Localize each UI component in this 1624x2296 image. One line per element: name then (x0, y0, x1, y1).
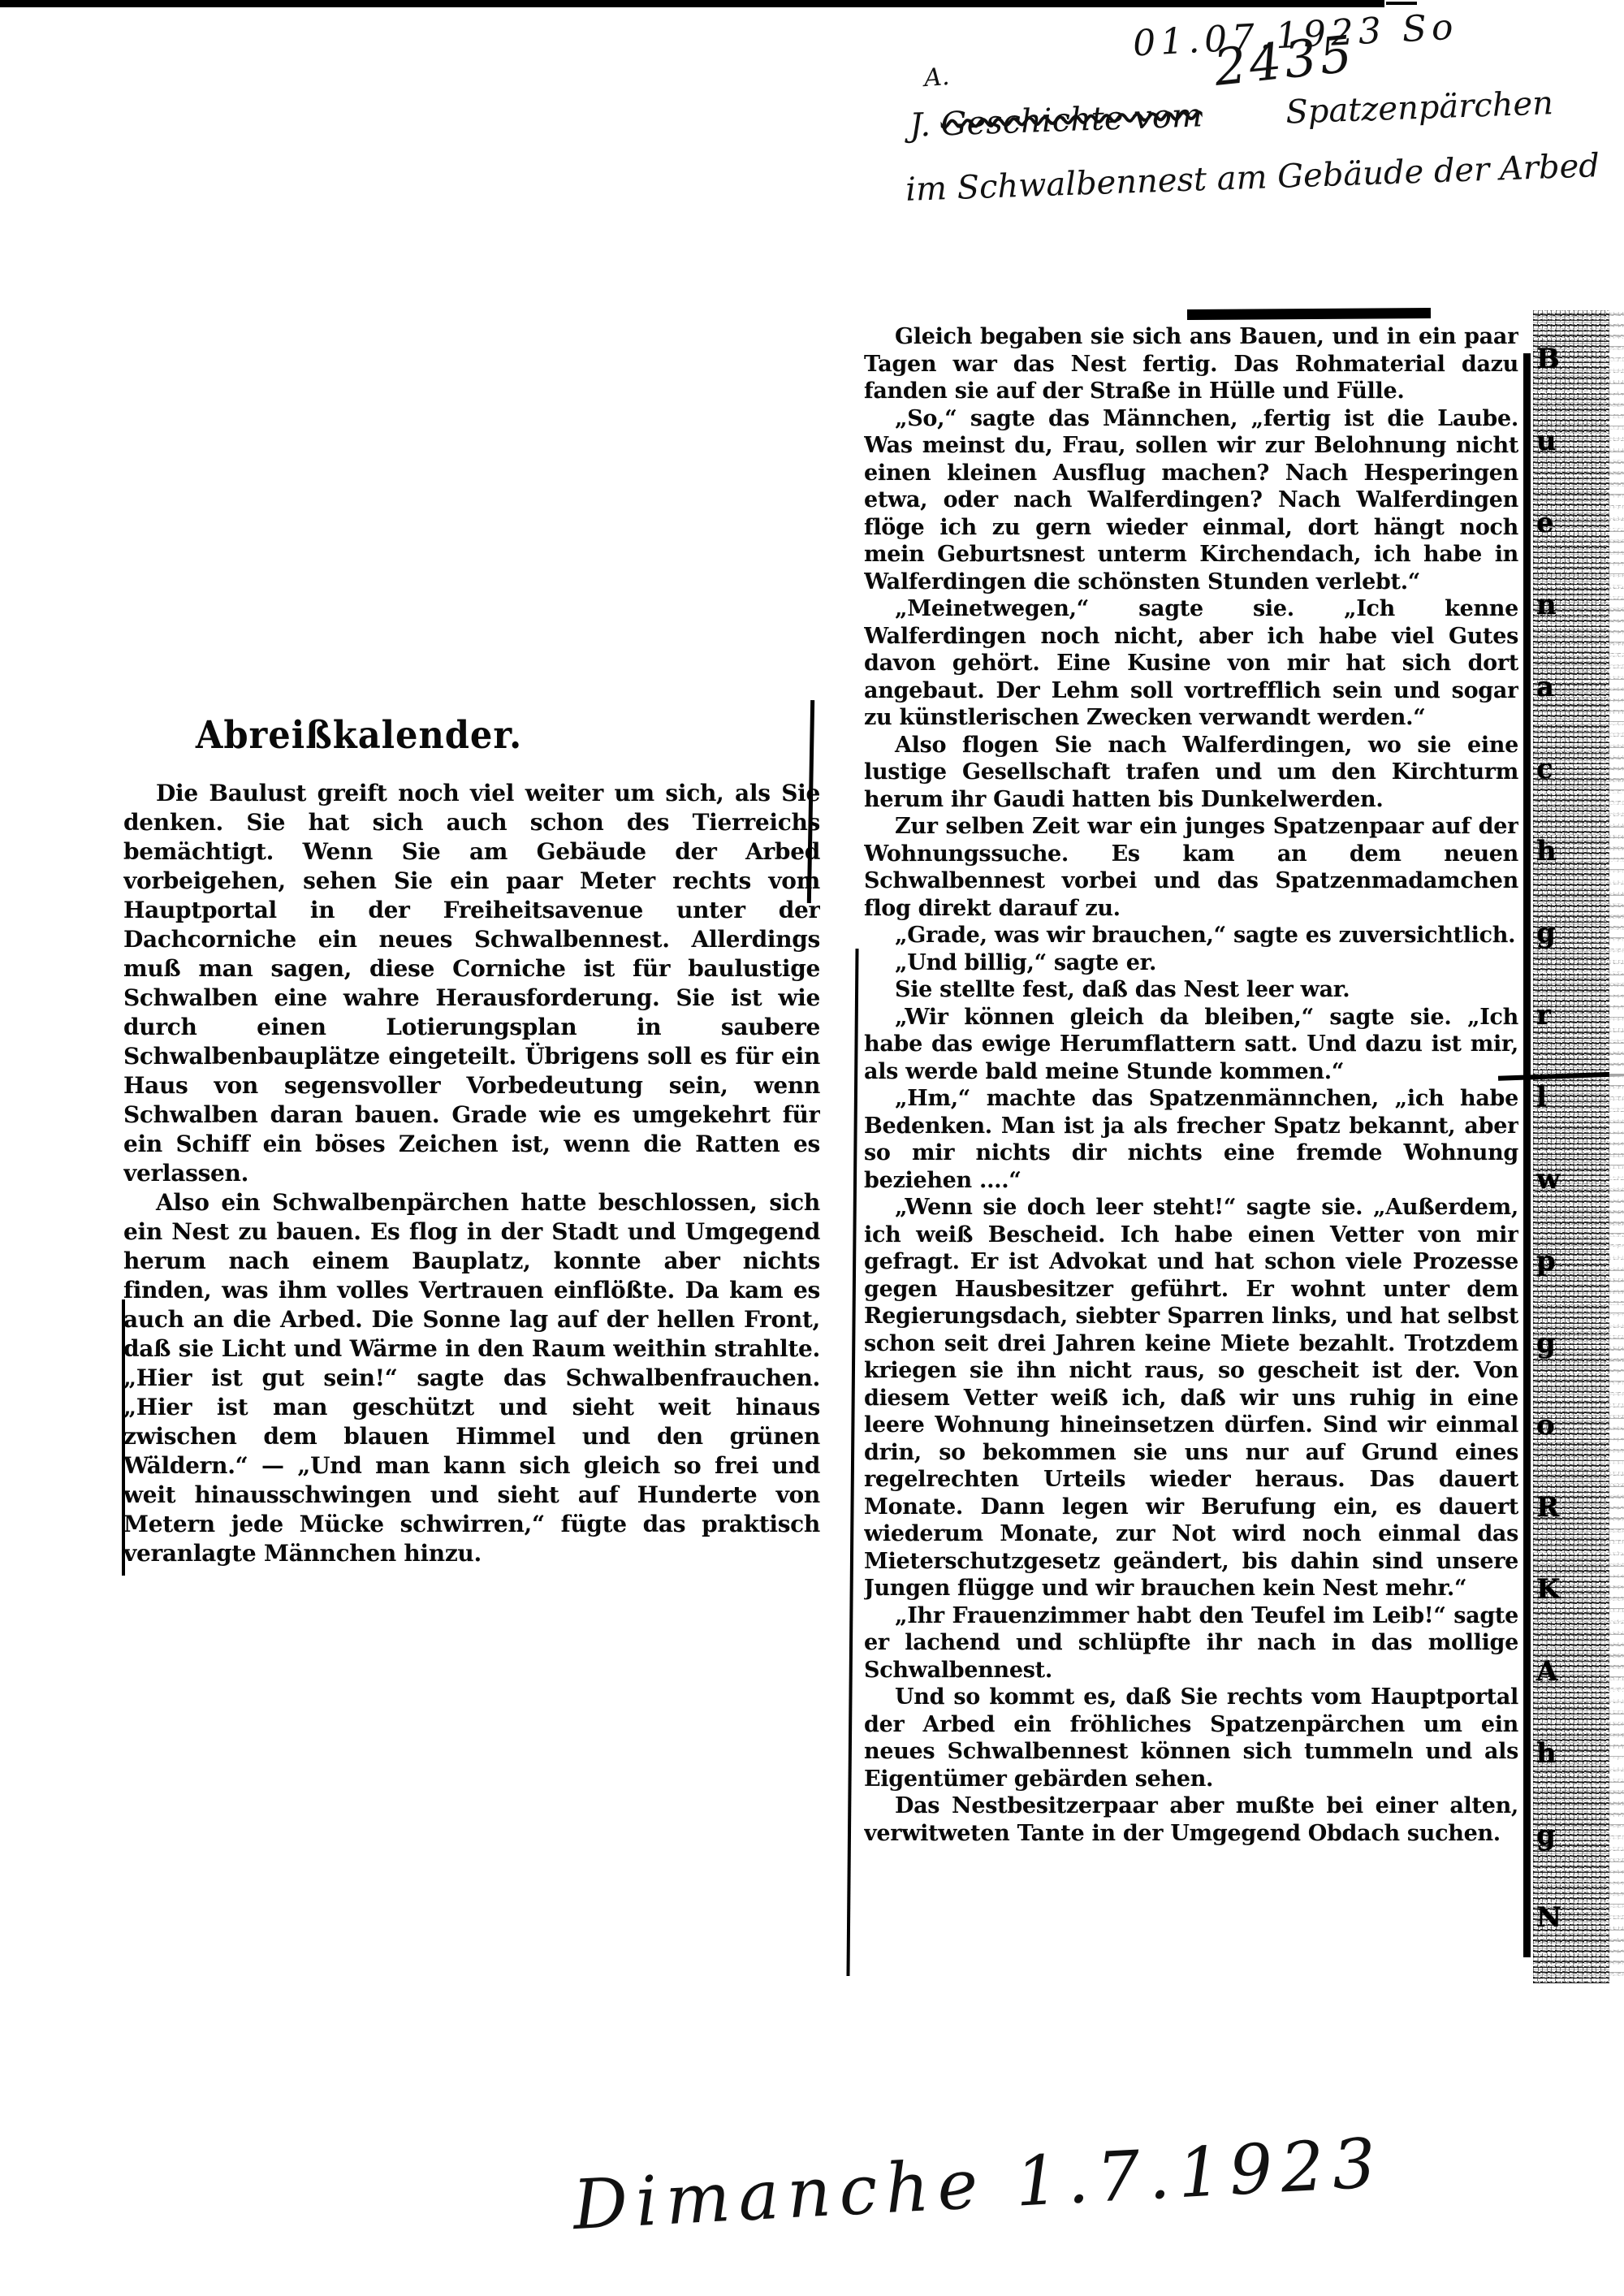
article-paragraph: „Ihr Frauenzimmer habt den Teufel im Lei… (864, 1602, 1518, 1684)
handwritten-note-line2: im Schwalbennest am Gebäude der Arbed (905, 147, 1600, 209)
article-paragraph: „Grade, was wir brauchen,“ sagte es zuve… (864, 922, 1518, 949)
article-paragraph: Das Nestbesitzerpaar aber mußte bei eine… (864, 1792, 1518, 1847)
scan-top-edge (0, 0, 1384, 7)
clipping-top-bar (1187, 308, 1431, 320)
article-heading: Abreißkalender. (149, 713, 568, 758)
article-paragraph: „Wenn sie doch leer steht!“ sagte sie. „… (864, 1194, 1518, 1602)
article-paragraph: Und so kommt es, daß Sie rechts vom Haup… (864, 1684, 1518, 1792)
article-paragraph: „So,“ sagte das Männchen, „fertig ist di… (864, 405, 1518, 596)
clipping-edge-noise: BuenachgrlwpgoRKAhgN (1533, 310, 1624, 1983)
handwritten-superscript: A. (923, 63, 951, 93)
article-paragraph: „Hm,“ machte das Spatzenmännchen, „ich h… (864, 1085, 1518, 1194)
scanned-newspaper-page: { "annotations": { "ref_number": "2435",… (0, 0, 1624, 2296)
article-paragraph: Sie stellte fest, daß das Nest leer war. (864, 976, 1518, 1004)
article-paragraph: Gleich begaben sie sich ans Bauen, und i… (864, 323, 1518, 405)
note-rest: Spatzenpärchen (1285, 84, 1554, 131)
article-paragraph: „Wir können gleich da bleiben,“ sagte si… (864, 1004, 1518, 1086)
left-margin-rule (122, 1299, 125, 1576)
article-paragraph: Also flogen Sie nach Walferdingen, wo si… (864, 732, 1518, 814)
article-right-column: Gleich begaben sie sich ans Bauen, und i… (864, 323, 1518, 1976)
article-paragraph: Also ein Schwalbenpärchen hatte beschlos… (123, 1188, 820, 1568)
article-left-column: Abreißkalender. Die Baulust greift noch … (123, 713, 820, 1586)
handwritten-bottom-date: Dimanche 1.7.1923 (571, 2123, 1385, 2245)
note-prefix: J. (909, 106, 931, 145)
note-struck-words: Geschichte vom (940, 97, 1203, 143)
clipping-right-rule (1523, 353, 1531, 1957)
handwritten-date: 01.07.1923 So (1132, 6, 1459, 65)
article-paragraph: „Meinetwegen,“ sagte sie. „Ich kenne Wal… (864, 595, 1518, 732)
article-paragraph: „Und billig,“ sagte er. (864, 949, 1518, 977)
clipping-edge-fragments: BuenachgrlwpgoRKAhgN (1536, 318, 1569, 1959)
column-divider-rule-lower (846, 949, 858, 1976)
article-paragraph: Die Baulust greift noch viel weiter um s… (123, 779, 820, 1188)
edge-whiteout (1609, 310, 1624, 1983)
article-paragraph: Zur selben Zeit war ein junges Spatzenpa… (864, 813, 1518, 922)
